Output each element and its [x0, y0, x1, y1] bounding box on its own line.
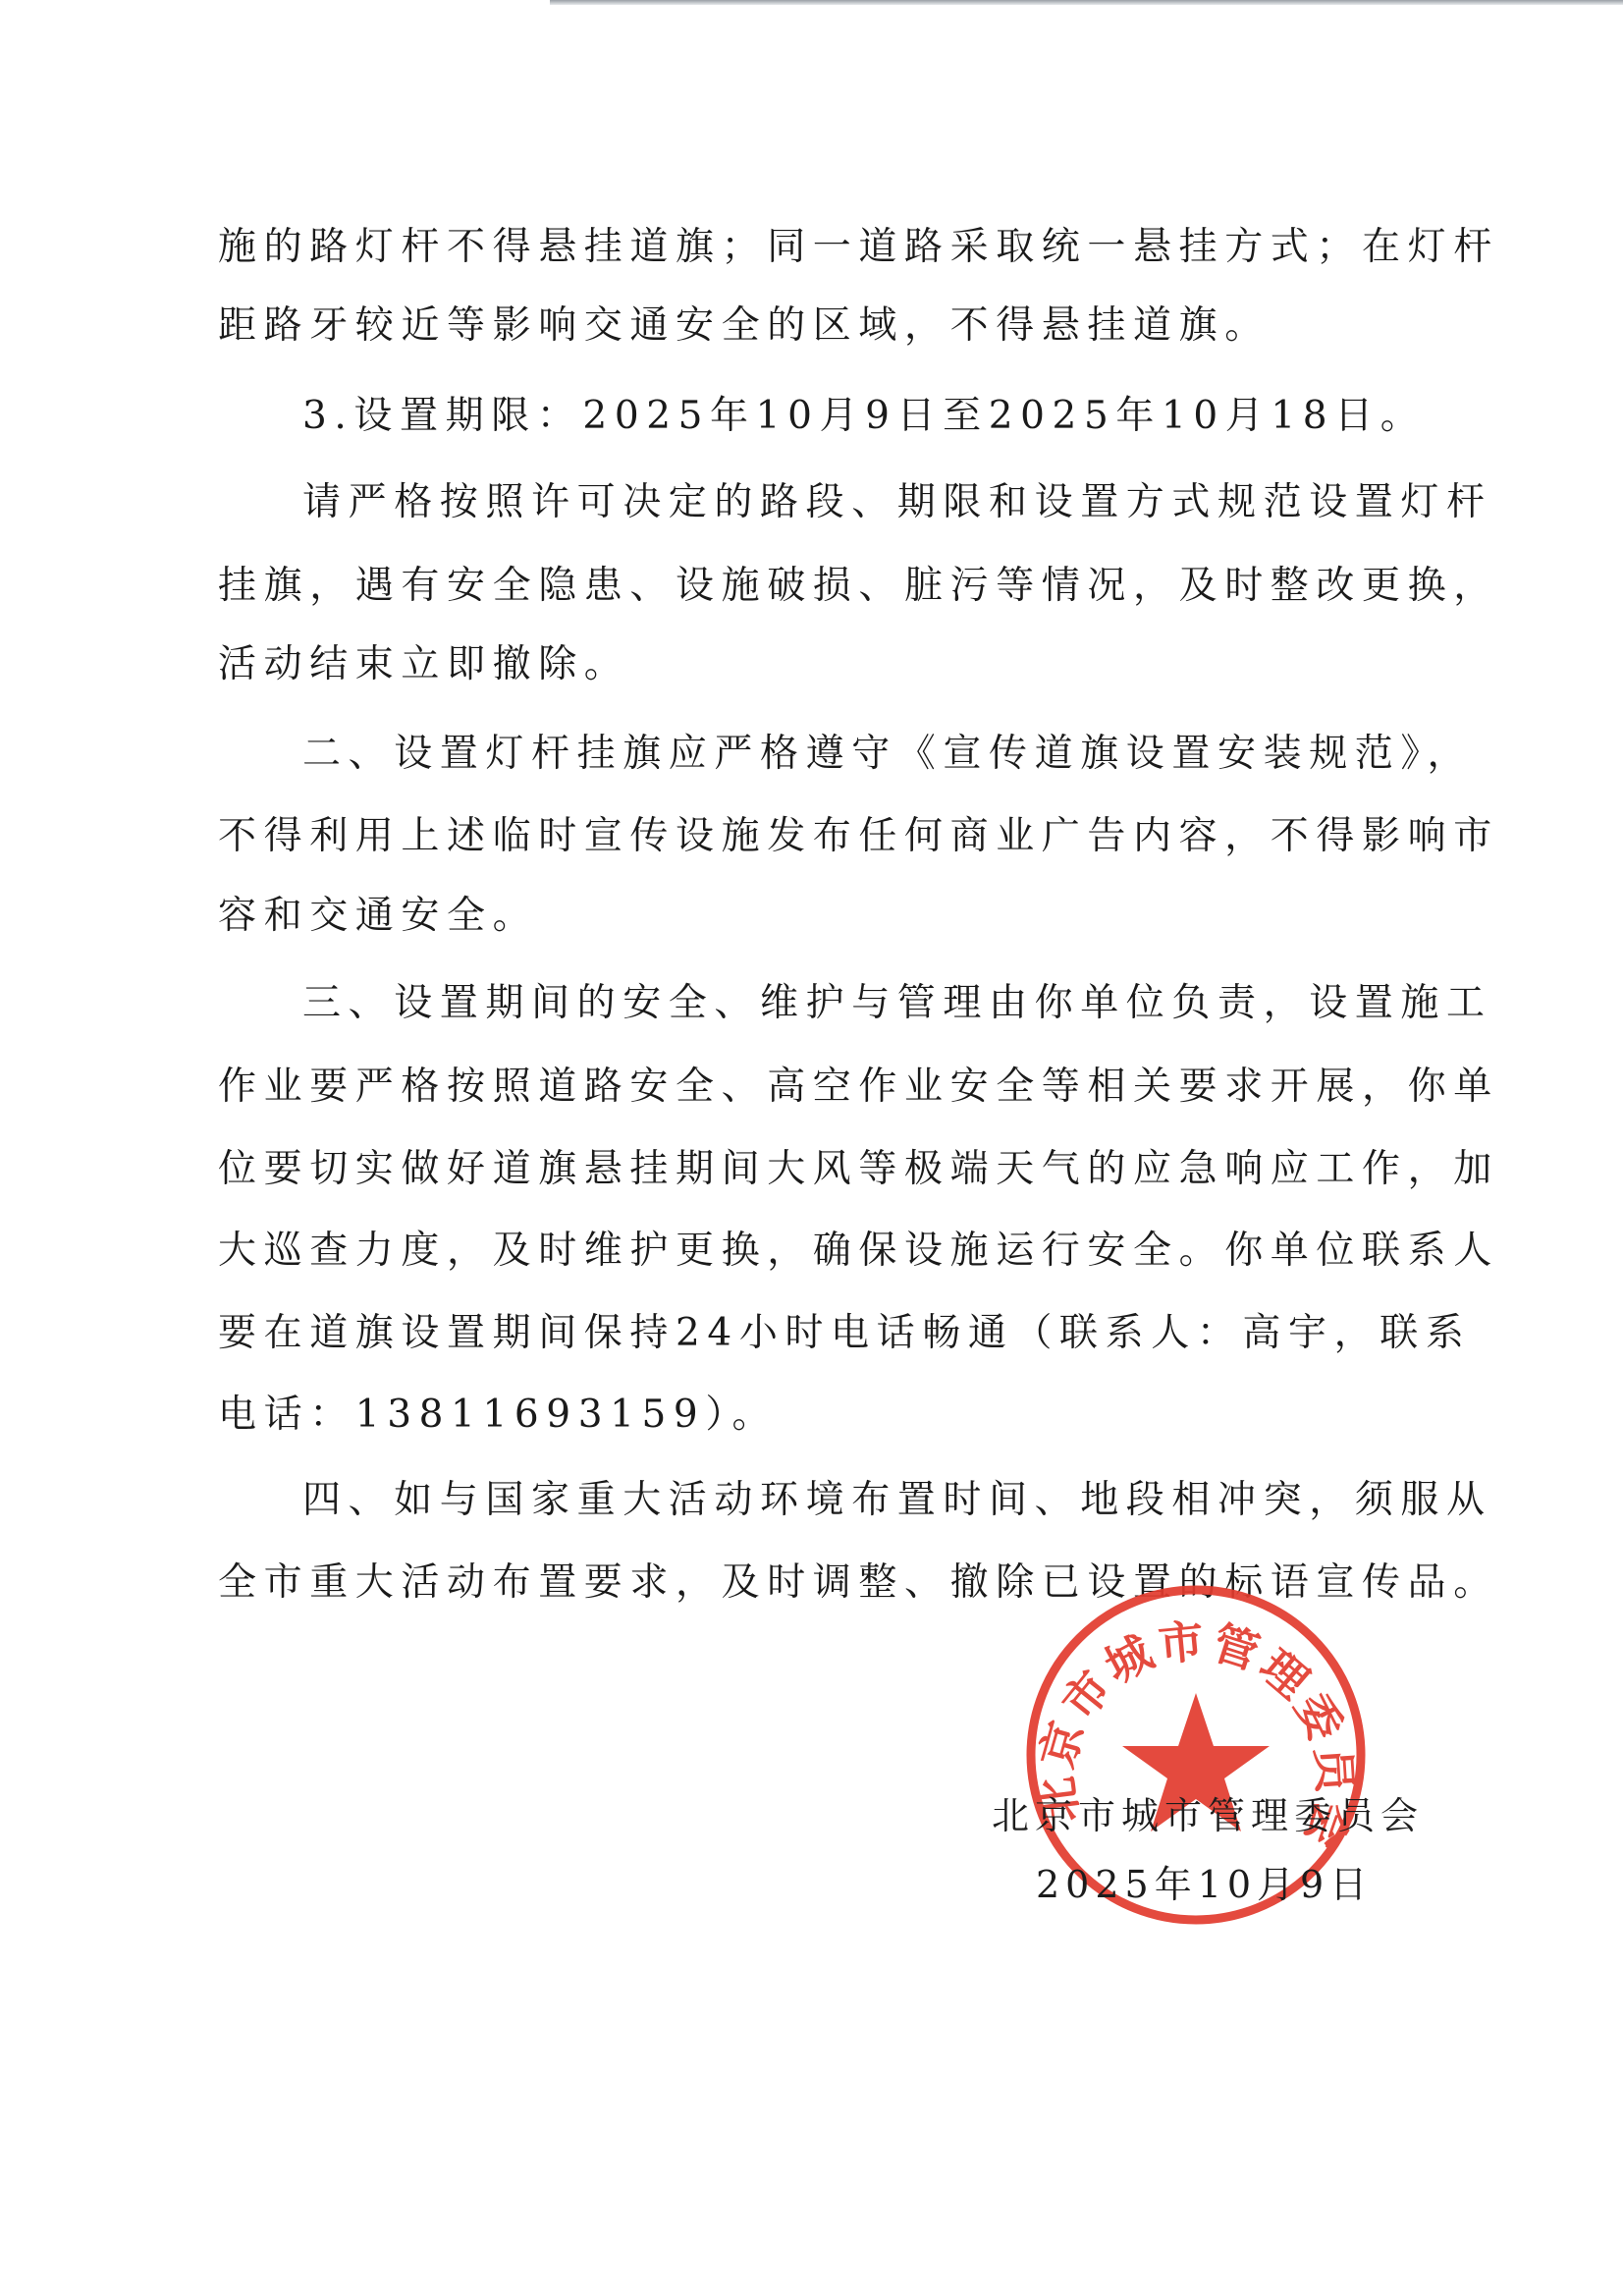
paragraph-line: 电话：13811693159）。: [218, 1395, 778, 1435]
paragraph-line: 四、如与国家重大活动环境布置时间、地段相冲突，须服从: [302, 1481, 1492, 1520]
paragraph-line: 3.设置期限：2025年10月9日至2025年10月18日。: [302, 397, 1426, 436]
paragraph-line: 不得利用上述临时宣传设施发布任何商业广告内容，不得影响市: [218, 817, 1499, 856]
paragraph-line: 三、设置期间的安全、维护与管理由你单位负责，设置施工: [302, 984, 1492, 1023]
paragraph-line: 距路牙较近等影响交通安全的区域，不得悬挂道旗。: [218, 306, 1271, 346]
scan-edge: [550, 0, 1623, 5]
paragraph-line: 大巡查力度，及时维护更换，确保设施运行安全。你单位联系人: [218, 1231, 1499, 1271]
signature-organization: 北京市城市管理委员会: [992, 1785, 1424, 1839]
paragraph-line: 要在道旗设置期间保持24小时电话畅通（联系人：高宇，联系: [218, 1314, 1471, 1353]
paragraph-line: 活动结束立即撤除。: [218, 645, 629, 684]
paragraph-line: 施的路灯杆不得悬挂道旗；同一道路采取统一悬挂方式；在灯杆: [218, 228, 1499, 267]
paragraph-line: 位要切实做好道旗悬挂期间大风等极端天气的应急响应工作，加: [218, 1150, 1499, 1189]
paragraph-line: 挂旗，遇有安全隐患、设施破损、脏污等情况，及时整改更换，: [218, 567, 1499, 606]
signature-date: 2025年10月9日: [1036, 1854, 1373, 1908]
paragraph-line: 容和交通安全。: [218, 897, 538, 936]
paragraph-line: 作业要严格按照道路安全、高空作业安全等相关要求开展，你单: [218, 1067, 1499, 1107]
paragraph-line: 请严格按照许可决定的路段、期限和设置方式规范设置灯杆: [302, 483, 1492, 522]
paragraph-line: 二、设置灯杆挂旗应严格遵守《宣传道旗设置安装规范》，: [302, 735, 1473, 774]
